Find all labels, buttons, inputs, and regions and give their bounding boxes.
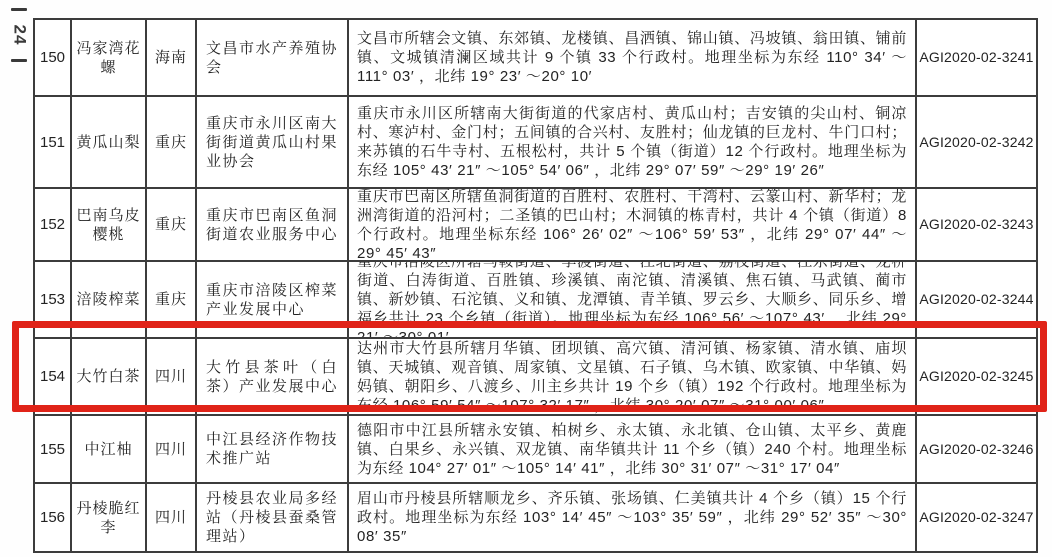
registrant-organization-cell: 重庆市涪陵区榨菜产业发展中心: [195, 262, 347, 337]
table-row: 150 冯家湾花螺 海南 文昌市水产养殖协会 文昌市所辖会文镇、东郊镇、龙楼镇、…: [35, 20, 1036, 95]
region-description-cell: 德阳市中江县所辖永安镇、柏树乡、永太镇、永北镇、仓山镇、太平乡、黄鹿镇、白果乡、…: [347, 416, 915, 482]
row-number-cell: 151: [35, 97, 70, 187]
table-row: 151 黄瓜山梨 重庆 重庆市永川区南大街街道黄瓜山村果业协会 重庆市永川区所辖…: [35, 95, 1036, 187]
province-cell: 海南: [145, 20, 195, 95]
region-description-cell: 文昌市所辖会文镇、东郊镇、龙楼镇、昌洒镇、锦山镇、冯坡镇、翁田镇、铺前镇、文城镇…: [347, 20, 915, 95]
province-cell: 重庆: [145, 262, 195, 337]
registrant-organization-cell: 大竹县茶叶（白茶）产业发展中心: [195, 339, 347, 414]
region-description-cell: 重庆市涪陵区所辖马鞍街道、李渡街道、江北街道、荔枝街道、江东街道、龙桥街道、白涛…: [347, 262, 915, 337]
page-number-value: 24: [9, 25, 29, 46]
row-number-cell: 155: [35, 416, 70, 482]
registration-number-cell: AGI2020-02-3243: [915, 189, 1036, 260]
product-name-cell: 冯家湾花螺: [70, 20, 145, 95]
registration-number-cell: AGI2020-02-3244: [915, 262, 1036, 337]
table-row: 155 中江柚 四川 中江县经济作物技术推广站 德阳市中江县所辖永安镇、柏树乡、…: [35, 414, 1036, 482]
region-description-cell: 达州市大竹县所辖月华镇、团坝镇、高穴镇、清河镇、杨家镇、清水镇、庙坝镇、天城镇、…: [347, 339, 915, 414]
region-description-cell: 眉山市丹棱县所辖顺龙乡、齐乐镇、张场镇、仁美镇共计 4 个乡（镇）15 个行政村…: [347, 484, 915, 551]
registration-number-cell: AGI2020-02-3245: [915, 339, 1036, 414]
table-row: 154 大竹白茶 四川 大竹县茶叶（白茶）产业发展中心 达州市大竹县所辖月华镇、…: [35, 337, 1036, 414]
row-number-cell: 153: [35, 262, 70, 337]
province-cell: 重庆: [145, 97, 195, 187]
product-name-cell: 大竹白茶: [70, 339, 145, 414]
page-number-dash: [11, 8, 27, 11]
registrant-organization-cell: 重庆市永川区南大街街道黄瓜山村果业协会: [195, 97, 347, 187]
row-number-cell: 152: [35, 189, 70, 260]
registration-number-cell: AGI2020-02-3246: [915, 416, 1036, 482]
product-name-cell: 黄瓜山梨: [70, 97, 145, 187]
registrant-organization-cell: 中江县经济作物技术推广站: [195, 416, 347, 482]
province-cell: 四川: [145, 416, 195, 482]
region-description-cell: 重庆市巴南区所辖鱼洞街道的百胜村、农胜村、干湾村、云篆山村、新华村；龙洲湾街道的…: [347, 189, 915, 260]
row-number-cell: 156: [35, 484, 70, 551]
registrant-organization-cell: 丹棱县农业局多经站（丹棱县蚕桑管理站）: [195, 484, 347, 551]
product-name-cell: 中江柚: [70, 416, 145, 482]
page-number: 24: [6, 8, 32, 248]
table-row: 153 涪陵榨菜 重庆 重庆市涪陵区榨菜产业发展中心 重庆市涪陵区所辖马鞍街道、…: [35, 260, 1036, 337]
registrant-organization-cell: 文昌市水产养殖协会: [195, 20, 347, 95]
province-cell: 重庆: [145, 189, 195, 260]
row-number-cell: 150: [35, 20, 70, 95]
table-row: 152 巴南乌皮樱桃 重庆 重庆市巴南区鱼洞街道农业服务中心 重庆市巴南区所辖鱼…: [35, 187, 1036, 260]
province-cell: 四川: [145, 339, 195, 414]
region-description-cell: 重庆市永川区所辖南大街街道的代家店村、黄瓜山村；吉安镇的尖山村、铜凉村、寒泸村、…: [347, 97, 915, 187]
gi-registration-table: 150 冯家湾花螺 海南 文昌市水产养殖协会 文昌市所辖会文镇、东郊镇、龙楼镇、…: [33, 18, 1038, 553]
registrant-organization-cell: 重庆市巴南区鱼洞街道农业服务中心: [195, 189, 347, 260]
page-number-dash: [11, 59, 27, 62]
product-name-cell: 丹棱脆红李: [70, 484, 145, 551]
table-row: 156 丹棱脆红李 四川 丹棱县农业局多经站（丹棱县蚕桑管理站） 眉山市丹棱县所…: [35, 482, 1036, 551]
registration-number-cell: AGI2020-02-3241: [915, 20, 1036, 95]
row-number-cell: 154: [35, 339, 70, 414]
province-cell: 四川: [145, 484, 195, 551]
registration-number-cell: AGI2020-02-3242: [915, 97, 1036, 187]
product-name-cell: 巴南乌皮樱桃: [70, 189, 145, 260]
registration-number-cell: AGI2020-02-3247: [915, 484, 1036, 551]
product-name-cell: 涪陵榨菜: [70, 262, 145, 337]
